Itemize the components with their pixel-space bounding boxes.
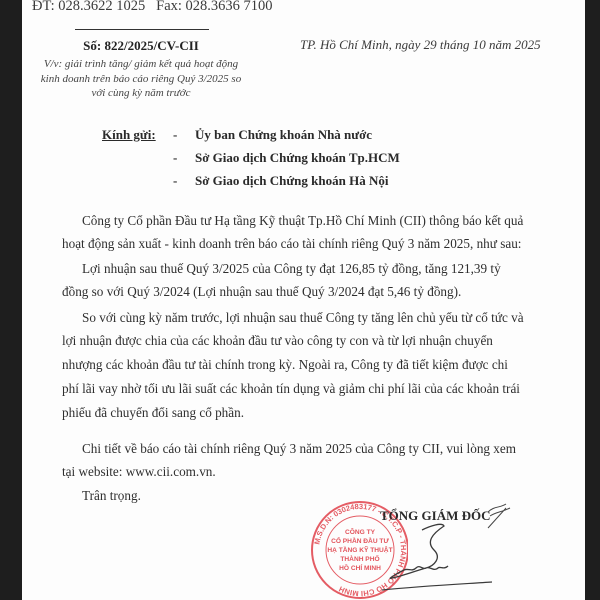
body-line: Lợi nhuận sau thuế Quý 3/2025 của Công t… — [82, 261, 585, 277]
body-line: hoạt động sản xuất - kinh doanh trên báo… — [62, 236, 585, 252]
body-line: Công ty Cổ phần Đầu tư Hạ tầng Kỹ thuật … — [82, 213, 585, 229]
body-line: nhượng các khoản đầu tư tài chính trong … — [62, 357, 585, 373]
bullet: - — [173, 127, 177, 143]
header-divider — [75, 29, 209, 30]
place-date: TP. Hồ Chí Minh, ngày 29 tháng 10 năm 20… — [300, 37, 541, 53]
recipients-label: Kính gửi: — [102, 127, 156, 143]
body-line: đồng so với Quý 3/2024 (Lợi nhuận sau th… — [62, 284, 585, 300]
document-number: Số: 822/2025/CV-CII — [22, 38, 260, 54]
body-line: tại website: www.cii.com.vn. — [62, 464, 585, 480]
body-line: phí lãi vay nhờ tối ưu lãi suất các khoả… — [62, 381, 585, 397]
recipient-item: Sở Giao dịch Chứng khoán Tp.HCM — [195, 150, 400, 166]
body-line: phiếu đã chuyển đổi sang cổ phần. — [62, 405, 585, 421]
svg-text:CỔ PHẦN ĐẦU TƯ: CỔ PHẦN ĐẦU TƯ — [331, 535, 389, 545]
body-line: lợi nhuận được chia của các khoản đầu tư… — [62, 333, 585, 349]
document-subject: V/v: giải trình tăng/ giảm kết quả hoạt … — [22, 57, 260, 101]
viewer-edge — [585, 0, 600, 600]
body-line: Chi tiết về báo cáo tài chính riêng Quý … — [82, 441, 585, 457]
recipient-item: Sở Giao dịch Chứng khoán Hà Nội — [195, 173, 388, 189]
subject-line: với cùng kỳ năm trước — [22, 86, 260, 101]
document-page: ĐT: 028.3622 1025 Fax: 028.3636 7100 Số:… — [22, 0, 585, 600]
contact-line: ĐT: 028.3622 1025 Fax: 028.3636 7100 — [32, 0, 273, 15]
signature-icon — [382, 520, 512, 600]
svg-text:THÀNH PHỐ: THÀNH PHỐ — [340, 553, 379, 563]
subject-line: kinh doanh trên báo cáo riêng Quý 3/2025… — [22, 72, 260, 87]
recipient-item: Ủy ban Chứng khoán Nhà nước — [195, 127, 372, 143]
bullet: - — [173, 173, 177, 189]
svg-text:HỒ CHÍ MINH: HỒ CHÍ MINH — [339, 562, 381, 572]
subject-line: V/v: giải trình tăng/ giảm kết quả hoạt … — [22, 57, 260, 72]
body-line: So với cùng kỳ năm trước, lợi nhuận sau … — [82, 310, 585, 326]
svg-text:CÔNG TY: CÔNG TY — [345, 527, 376, 536]
bullet: - — [173, 150, 177, 166]
